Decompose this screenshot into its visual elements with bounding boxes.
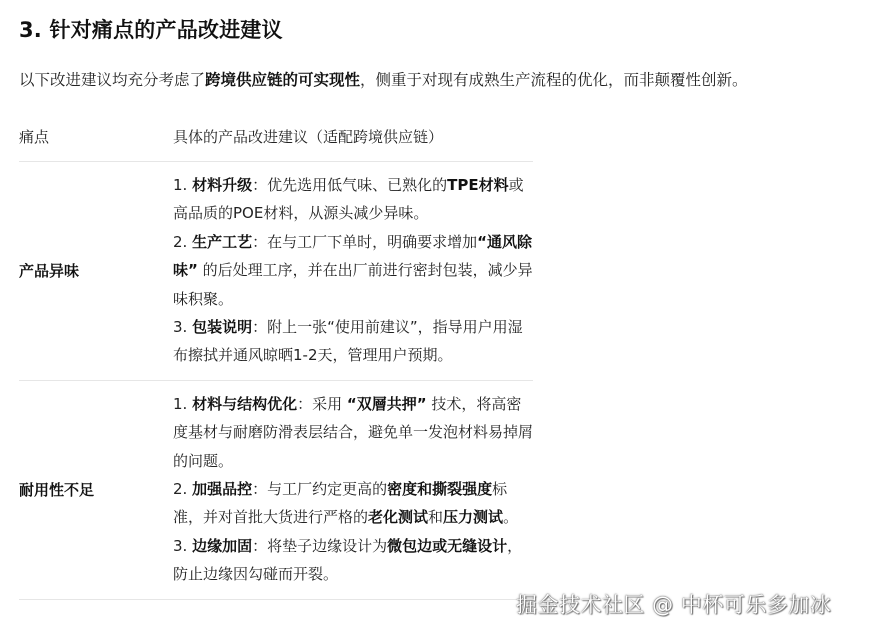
improvement-table: 痛点 具体的产品改进建议（适配跨境供应链） 产品异味1. 材料升级：优先选用低气… [19, 118, 533, 600]
suggestion-text: ：优先选用低气味、已熟化的 [252, 176, 447, 194]
suggestion-item: 3. 边缘加固：将垫子边缘设计为微包边或无缝设计，防止边缘因勾碰而开裂。 [173, 532, 533, 589]
suggestion-title: 材料与结构优化 [192, 395, 297, 413]
suggestion-list: 1. 材料与结构优化：采用 “双層共押” 技术，将高密度基材与耐磨防滑表层结合，… [173, 390, 533, 589]
suggestion-item: 1. 材料与结构优化：采用 “双層共押” 技术，将高密度基材与耐磨防滑表层结合，… [173, 390, 533, 475]
suggestion-number: 2. [173, 480, 192, 498]
suggestion-emphasis: 微包边或无缝设计 [387, 537, 507, 555]
pain-point-cell: 产品异味 [19, 162, 173, 381]
suggestion-emphasis: 密度和撕裂强度 [387, 480, 492, 498]
suggestion-title: 加强品控 [192, 480, 252, 498]
suggestions-cell: 1. 材料升级：优先选用低气味、已熟化的TPE材料或高品质的POE材料，从源头减… [173, 162, 533, 381]
suggestion-title: 材料升级 [192, 176, 252, 194]
suggestion-title: 包装说明 [192, 318, 252, 336]
table-header-row: 痛点 具体的产品改进建议（适配跨境供应链） [19, 118, 533, 162]
header-suggestions: 具体的产品改进建议（适配跨境供应链） [173, 118, 533, 162]
intro-prefix: 以下改进建议均充分考虑了 [19, 71, 205, 89]
suggestion-item: 3. 包装说明：附上一张“使用前建议”，指导用户用湿布擦拭并通风晾晒1-2天，管… [173, 313, 533, 370]
suggestion-item: 1. 材料升级：优先选用低气味、已熟化的TPE材料或高品质的POE材料，从源头减… [173, 171, 533, 228]
suggestion-number: 2. [173, 233, 192, 251]
suggestion-title: 边缘加固 [192, 537, 252, 555]
suggestion-emphasis: 老化测试 [368, 508, 428, 526]
suggestion-list: 1. 材料升级：优先选用低气味、已熟化的TPE材料或高品质的POE材料，从源头减… [173, 171, 533, 370]
table-row: 耐用性不足1. 材料与结构优化：采用 “双層共押” 技术，将高密度基材与耐磨防滑… [19, 380, 533, 599]
suggestion-text: ：与工厂约定更高的 [252, 480, 387, 498]
suggestion-text: ：在与工厂下单时，明确要求增加 [252, 233, 477, 251]
suggestion-text: 的后处理工序，并在出厂前进行密封包装，减少异味积聚。 [173, 261, 533, 307]
section-title: 3. 针对痛点的产品改进建议 [19, 14, 283, 44]
suggestion-emphasis: TPE材料 [447, 176, 508, 194]
suggestion-number: 3. [173, 537, 192, 555]
suggestion-text: ：将垫子边缘设计为 [252, 537, 387, 555]
watermark: 掘金技术社区 @ 中杯可乐多加冰 [516, 589, 831, 619]
pain-point-cell: 耐用性不足 [19, 380, 173, 599]
suggestion-emphasis: 压力测试 [443, 508, 503, 526]
suggestion-title: 生产工艺 [192, 233, 252, 251]
suggestion-text: 和 [428, 508, 443, 526]
suggestion-text: ：采用 [297, 395, 347, 413]
table-body: 产品异味1. 材料升级：优先选用低气味、已熟化的TPE材料或高品质的POE材料，… [19, 162, 533, 600]
intro-paragraph: 以下改进建议均充分考虑了跨境供应链的可实现性，侧重于对现有成熟生产流程的优化，而… [19, 68, 748, 90]
suggestion-item: 2. 生产工艺：在与工厂下单时，明确要求增加“通风除味” 的后处理工序，并在出厂… [173, 228, 533, 313]
intro-bold: 跨境供应链的可实现性 [205, 71, 360, 89]
suggestion-number: 1. [173, 176, 192, 194]
header-pain-point: 痛点 [19, 118, 173, 162]
suggestion-text: 。 [503, 508, 518, 526]
table-row: 产品异味1. 材料升级：优先选用低气味、已熟化的TPE材料或高品质的POE材料，… [19, 162, 533, 381]
suggestions-cell: 1. 材料与结构优化：采用 “双層共押” 技术，将高密度基材与耐磨防滑表层结合，… [173, 380, 533, 599]
suggestion-number: 3. [173, 318, 192, 336]
suggestion-number: 1. [173, 395, 192, 413]
suggestion-item: 2. 加强品控：与工厂约定更高的密度和撕裂强度标准，并对首批大货进行严格的老化测… [173, 475, 533, 532]
intro-suffix: ，侧重于对现有成熟生产流程的优化，而非颠覆性创新。 [360, 71, 748, 89]
suggestion-emphasis: “双層共押” [347, 395, 427, 413]
